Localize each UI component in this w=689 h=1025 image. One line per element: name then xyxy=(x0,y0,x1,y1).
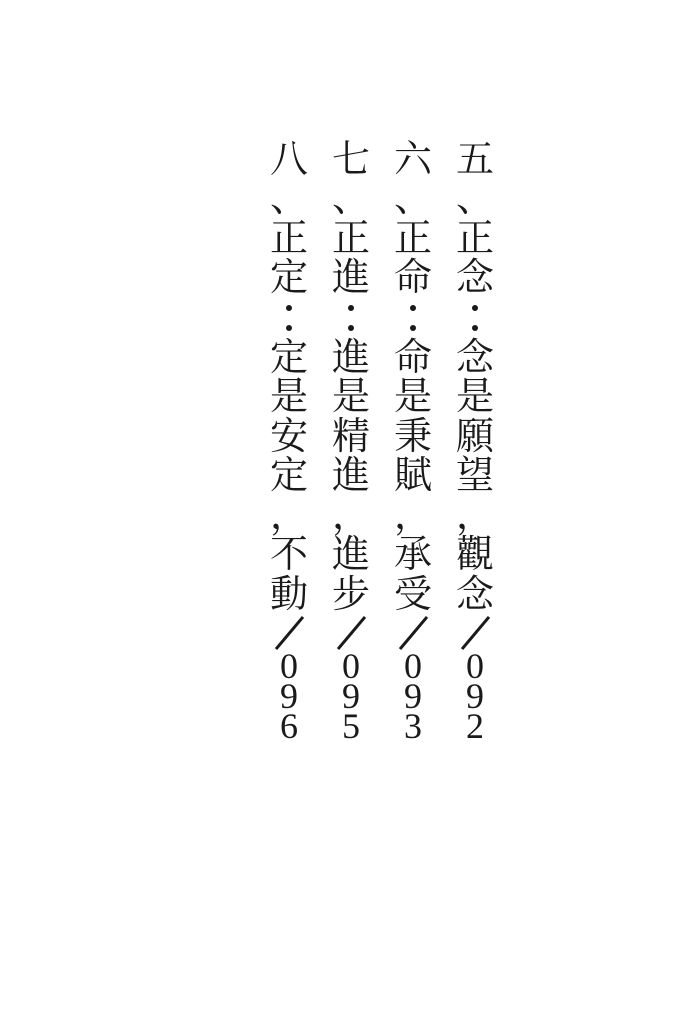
dot-mark xyxy=(472,305,478,311)
toc-character: 定 xyxy=(269,338,309,378)
toc-character: 定 xyxy=(269,259,309,299)
slash-mark xyxy=(460,615,489,649)
toc-character: 八 xyxy=(269,140,309,180)
toc-character: 不 xyxy=(269,536,309,576)
toc-character: 命 xyxy=(393,338,433,378)
toc-character: 、 xyxy=(455,180,495,220)
two-dot-leader-dot xyxy=(269,318,309,338)
toc-character: 觀 xyxy=(455,536,495,576)
toc-character: 是 xyxy=(269,378,309,418)
toc-character: 正 xyxy=(393,219,433,259)
two-dot-leader-dot xyxy=(455,318,495,338)
toc-entry-096: 八、正定定是安定，不動096 xyxy=(269,140,309,741)
toc-character: 六 xyxy=(393,140,433,180)
toc-character: 步 xyxy=(331,575,371,615)
toc-entry-093: 六、正命命是秉賦，承受093 xyxy=(393,140,433,741)
dot-mark xyxy=(472,325,478,331)
toc-character: 進 xyxy=(331,536,371,576)
toc-character: 是 xyxy=(455,378,495,418)
slash-mark xyxy=(274,615,303,649)
toc-character: 念 xyxy=(455,338,495,378)
two-dot-leader-dot xyxy=(331,318,371,338)
toc-character: 是 xyxy=(393,378,433,418)
toc-character: 正 xyxy=(269,219,309,259)
dot-mark xyxy=(286,305,292,311)
toc-character: 、 xyxy=(331,180,371,220)
toc-character: 、 xyxy=(393,180,433,220)
page-number-digit: 2 xyxy=(455,711,495,741)
slash-mark xyxy=(398,615,427,649)
toc-character: 願 xyxy=(455,417,495,457)
dot-mark xyxy=(410,325,416,331)
page-number-digit: 5 xyxy=(331,711,371,741)
two-dot-leader-dot xyxy=(455,298,495,318)
toc-character: 念 xyxy=(455,575,495,615)
toc-character: 秉 xyxy=(393,417,433,457)
page-number-digit: 3 xyxy=(393,711,433,741)
toc-character: 受 xyxy=(393,575,433,615)
dot-mark xyxy=(348,325,354,331)
two-dot-leader-dot xyxy=(393,318,433,338)
two-dot-leader-dot xyxy=(269,298,309,318)
toc-character: 進 xyxy=(331,457,371,497)
toc-character: ， xyxy=(455,496,495,536)
toc-character: 定 xyxy=(269,457,309,497)
toc-character: ， xyxy=(331,496,371,536)
two-dot-leader-dot xyxy=(393,298,433,318)
toc-character: 命 xyxy=(393,259,433,299)
toc-character: 精 xyxy=(331,417,371,457)
dot-mark xyxy=(410,305,416,311)
toc-character: 七 xyxy=(331,140,371,180)
two-dot-leader-dot xyxy=(331,298,371,318)
toc-character: 動 xyxy=(269,575,309,615)
slash-mark xyxy=(336,615,365,649)
dot-mark xyxy=(286,325,292,331)
dot-mark xyxy=(348,305,354,311)
toc-character: 進 xyxy=(331,259,371,299)
toc-character: ， xyxy=(269,496,309,536)
book-page: 五、正念念是願望，觀念092六、正命命是秉賦，承受093七、正進進是精進，進步0… xyxy=(0,0,689,1025)
toc-column-list: 五、正念念是願望，觀念092六、正命命是秉賦，承受093七、正進進是精進，進步0… xyxy=(269,140,495,741)
toc-character: 、 xyxy=(269,180,309,220)
toc-entry-092: 五、正念念是願望，觀念092 xyxy=(455,140,495,741)
toc-character: 正 xyxy=(455,219,495,259)
toc-character: 承 xyxy=(393,536,433,576)
toc-character: 安 xyxy=(269,417,309,457)
page-number-digit: 6 xyxy=(269,711,309,741)
toc-character: 賦 xyxy=(393,457,433,497)
toc-character: ， xyxy=(393,496,433,536)
toc-character: 念 xyxy=(455,259,495,299)
toc-character: 是 xyxy=(331,378,371,418)
toc-character: 正 xyxy=(331,219,371,259)
toc-character: 望 xyxy=(455,457,495,497)
toc-entry-095: 七、正進進是精進，進步095 xyxy=(331,140,371,741)
toc-character: 五 xyxy=(455,140,495,180)
toc-character: 進 xyxy=(331,338,371,378)
